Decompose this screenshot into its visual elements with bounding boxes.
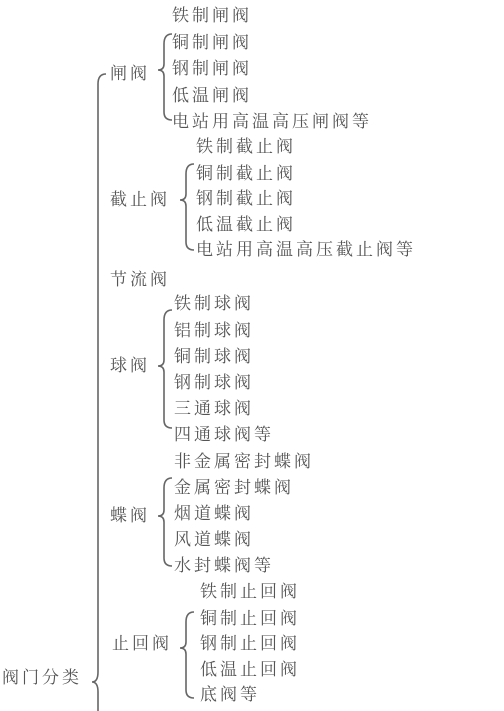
list-item: 非金属密封蝶阀: [174, 452, 314, 472]
list-item: 四通球阀等: [174, 425, 274, 445]
group-label-throttle-valve: 节流阀: [110, 270, 170, 290]
list-item: 铁制止回阀: [200, 582, 300, 602]
group-label-globe-valve: 截止阀: [110, 190, 170, 210]
list-item: 铁制闸阀: [172, 6, 252, 26]
group-label-ball-valve: 球阀: [110, 356, 150, 376]
list-item: 钢制截止阀: [196, 189, 296, 209]
list-item: 铜制球阀: [174, 347, 254, 367]
list-item: 三通球阀: [174, 399, 254, 419]
list-item: 水封蝶阀等: [174, 556, 274, 576]
list-item: 铝制球阀: [174, 321, 254, 341]
list-item: 风道蝶阀: [174, 530, 254, 550]
list-item: 电站用高温高压截止阀等: [196, 240, 416, 260]
list-item: 烟道蝶阀: [174, 504, 254, 524]
list-item: 铜制截止阀: [196, 164, 296, 184]
list-item: 低温截止阀: [196, 215, 296, 235]
root-bracket: [92, 74, 106, 711]
list-item: 铜制闸阀: [172, 33, 252, 53]
list-item: 电站用高温高压闸阀等: [172, 112, 372, 132]
list-item: 低温止回阀: [200, 660, 300, 680]
group-label-gate-valve: 闸阀: [110, 64, 150, 84]
list-item: 铁制球阀: [174, 294, 254, 314]
list-item: 铜制止回阀: [200, 609, 300, 629]
root-label: 阀门分类: [2, 668, 82, 688]
group-label-check-valve: 止回阀: [112, 634, 172, 654]
list-item: 钢制球阀: [174, 373, 254, 393]
list-item: 钢制止回阀: [200, 634, 300, 654]
list-item: 铁制截止阀: [196, 137, 296, 157]
group-label-butterfly-valve: 蝶阀: [110, 506, 150, 526]
list-item: 金属密封蝶阀: [174, 478, 294, 498]
list-item: 底阀等: [200, 685, 260, 705]
list-item: 低温闸阀: [172, 86, 252, 106]
list-item: 钢制闸阀: [172, 59, 252, 79]
